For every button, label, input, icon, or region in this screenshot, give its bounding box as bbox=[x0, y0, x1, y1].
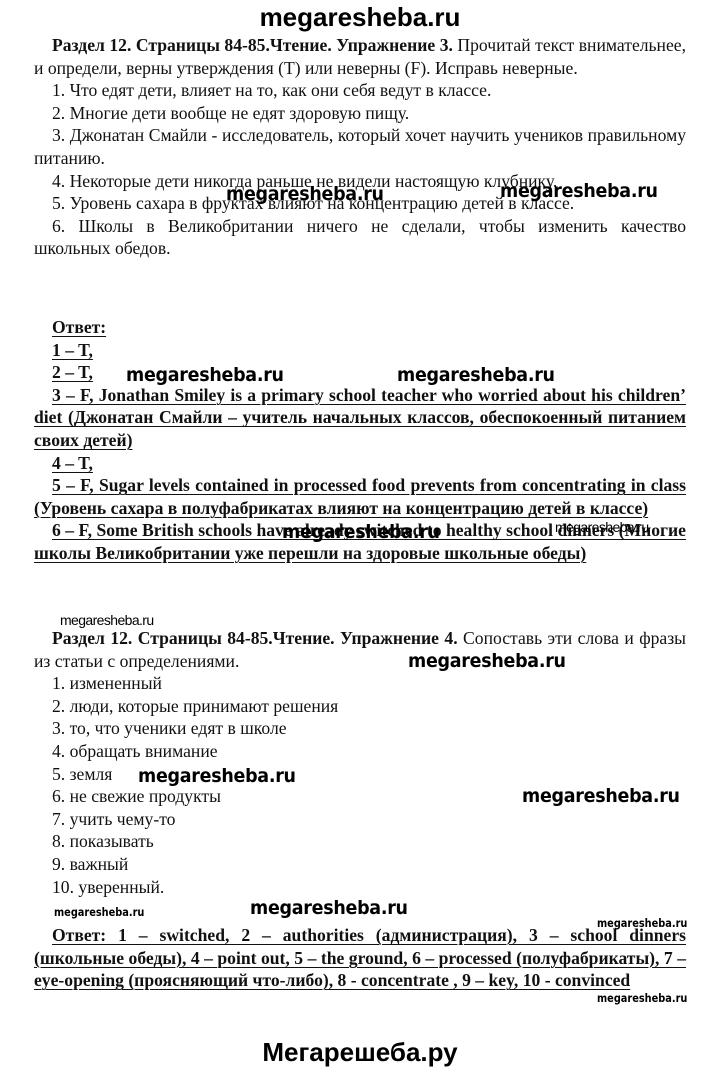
answer-1: 1 – T, bbox=[34, 339, 686, 362]
definition-8: 8. показывать bbox=[34, 830, 686, 853]
watermark: megaresheba.ru bbox=[397, 364, 555, 386]
watermark: megaresheba.ru bbox=[522, 785, 680, 807]
definition-10: 10. уверенный. bbox=[34, 876, 686, 899]
exercise-4-answer: Ответ: 1 – switched, 2 – authorities (ад… bbox=[34, 924, 686, 992]
watermark: megaresheba.ru bbox=[597, 916, 687, 930]
watermark: megaresheba.ru bbox=[126, 364, 284, 386]
watermark: megaresheba.ru bbox=[54, 905, 144, 919]
statement-6: 6. Школы в Великобритании ничего не сдел… bbox=[34, 215, 686, 260]
answer-4: 4 – T, bbox=[34, 452, 686, 475]
definition-5: 5. земля bbox=[34, 763, 686, 786]
answer-3: 3 – F, Jonathan Smiley is a primary scho… bbox=[34, 384, 686, 452]
site-header-logo[interactable]: megaresheba.ru bbox=[0, 2, 720, 33]
site-footer-logo[interactable]: Мегарешеба.ру bbox=[0, 1037, 720, 1068]
exercise-4-heading: Раздел 12. Страницы 84-85.Чтение. Упражн… bbox=[52, 628, 458, 648]
definition-4: 4. обращать внимание bbox=[34, 740, 686, 763]
watermark: megaresheba.ru bbox=[226, 183, 384, 205]
watermark: megaresheba.ru bbox=[555, 519, 649, 535]
statement-1: 1. Что едят дети, влияет на то, как они … bbox=[34, 79, 686, 102]
watermark: megaresheba.ru bbox=[282, 521, 440, 543]
definition-9: 9. важный bbox=[34, 853, 686, 876]
exercise-4-prompt: Раздел 12. Страницы 84-85.Чтение. Упражн… bbox=[34, 627, 686, 672]
definition-2: 2. люди, которые принимают решения bbox=[34, 695, 686, 718]
watermark: megaresheba.ru bbox=[60, 612, 154, 628]
exercise-4-section: Раздел 12. Страницы 84-85.Чтение. Упражн… bbox=[34, 627, 686, 898]
definition-1: 1. измененный bbox=[34, 672, 686, 695]
statement-2: 2. Многие дети вообще не едят здоровую п… bbox=[34, 102, 686, 125]
answer-label: Ответ: bbox=[34, 316, 686, 339]
definition-3: 3. то, что ученики едят в школе bbox=[34, 717, 686, 740]
exercise-4-answer-block: Ответ: 1 – switched, 2 – authorities (ад… bbox=[34, 924, 686, 992]
watermark: megaresheba.ru bbox=[597, 991, 687, 1005]
watermark: megaresheba.ru bbox=[250, 897, 408, 919]
answer-5: 5 – F, Sugar levels contained in process… bbox=[34, 474, 686, 519]
watermark: megaresheba.ru bbox=[408, 650, 566, 672]
definition-7: 7. учить чему-то bbox=[34, 808, 686, 831]
exercise-3-prompt: Раздел 12. Страницы 84-85.Чтение. Упражн… bbox=[34, 34, 686, 79]
exercise-3-section: Раздел 12. Страницы 84-85.Чтение. Упражн… bbox=[34, 34, 686, 260]
watermark: megaresheba.ru bbox=[138, 765, 296, 787]
watermark: megaresheba.ru bbox=[500, 180, 658, 202]
statement-3: 3. Джонатан Смайли - исследователь, кото… bbox=[34, 124, 686, 169]
exercise-3-heading: Раздел 12. Страницы 84-85.Чтение. Упражн… bbox=[52, 35, 453, 55]
